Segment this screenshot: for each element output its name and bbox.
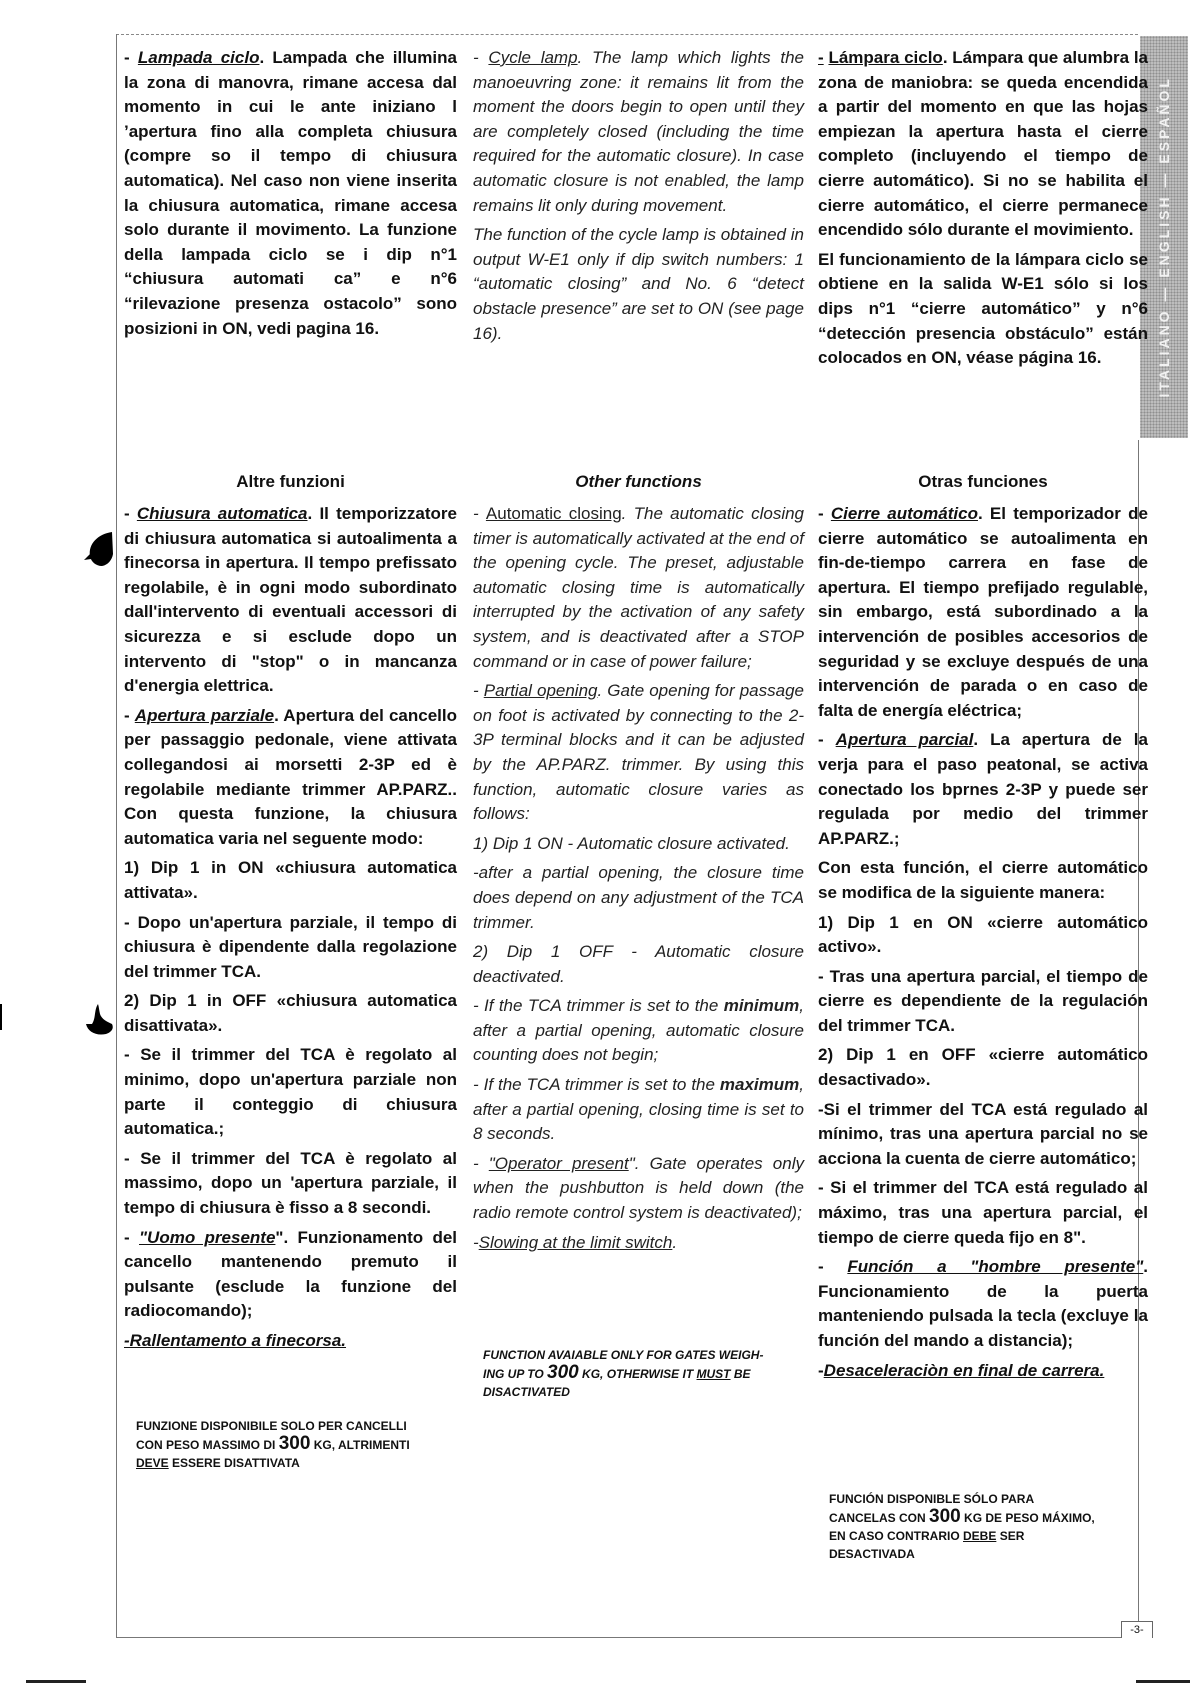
page-number: -3- (1121, 1621, 1153, 1638)
english-section-heading: Other functions (473, 472, 804, 492)
italian-automatic-closing: - Chiusura automatica. Il temporizzatore… (124, 502, 457, 699)
spanish-dip1-off: 2) Dip 1 en OFF «cierre automático desac… (818, 1043, 1148, 1092)
english-dip1-on: 1) Dip 1 ON - Automatic closure activate… (473, 832, 804, 857)
spanish-dip1-on: 1) Dip 1 en ON «cierre automático activo… (818, 911, 1148, 960)
page-frame-bottom (116, 1637, 1138, 1638)
italian-dip1-off: 2) Dip 1 in OFF «chiusura automatica dis… (124, 989, 457, 1038)
italian-slowing: -Rallentamento a finecorsa. (124, 1329, 457, 1354)
spanish-partial-opening: - Apertura parcial. La apertura de la ve… (818, 728, 1148, 851)
italian-weight-note: FUNZIONE DISPONIBILE SOLO PER CANCELLI C… (136, 1417, 456, 1472)
italian-min-setting: - Se il trimmer del TCA è regolato al mi… (124, 1043, 457, 1141)
italian-section-heading: Altre funzioni (124, 472, 457, 492)
italian-dip1-on-detail: - Dopo un'apertura parziale, il tempo di… (124, 911, 457, 985)
language-side-tab-label: ITALIANO — ENGLISH — ESPAÑOL (1156, 76, 1172, 398)
english-min-setting: - If the TCA trimmer is set to the minim… (473, 994, 804, 1068)
scan-edge-mark (0, 1004, 2, 1030)
spanish-other-functions: - Cierre automático. El temporizador de … (818, 502, 1148, 1388)
spanish-mode-text: Con esta función, el cierre automático s… (818, 856, 1148, 905)
spanish-automatic-closing: - Cierre automático. El temporizador de … (818, 502, 1148, 723)
italian-operator-present: - "Uomo presente". Funzionamento del can… (124, 1226, 457, 1324)
italian-cycle-lamp-lead: Lampada ciclo (138, 48, 260, 67)
english-partial-opening: - Partial opening. Gate opening for pass… (473, 679, 804, 827)
english-cycle-lamp-section: - Cycle lamp. The lamp which lights the … (473, 46, 804, 351)
spanish-cycle-lamp-paragraph-2: El funcionamiento de la lámpara ciclo se… (818, 248, 1148, 371)
binder-hole-mark-icon (84, 1004, 114, 1042)
spanish-section-heading: Otras funciones (818, 472, 1148, 492)
spanish-min-setting: -Si el trimmer del TCA está regulado al … (818, 1098, 1148, 1172)
english-automatic-closing: - Automatic closing. The automatic closi… (473, 502, 804, 674)
spanish-cycle-lamp-paragraph: - Lámpara ciclo. Lámpara que alumbra la … (818, 46, 1148, 243)
english-dip1-on-detail: -after a partial opening, the closure ti… (473, 861, 804, 935)
spanish-cycle-lamp-section: - Lámpara ciclo. Lámpara que alumbra la … (818, 46, 1148, 376)
english-cycle-lamp-lead: Cycle lamp (488, 48, 577, 67)
english-slowing: -Slowing at the limit switch. (473, 1231, 804, 1256)
english-other-functions: - Automatic closing. The automatic closi… (473, 502, 804, 1260)
italian-partial-opening: - Apertura parziale. Apertura del cancel… (124, 704, 457, 852)
spanish-dip1-on-detail: - Tras una apertura parcial, el tiempo d… (818, 965, 1148, 1039)
english-cycle-lamp-paragraph-2: The function of the cycle lamp is obtain… (473, 223, 804, 346)
italian-max-setting: - Se il trimmer del TCA è regolato al ma… (124, 1147, 457, 1221)
spanish-weight-note: FUNCIÓN DISPONIBLE SÓLO PARA CANCELAS CO… (829, 1490, 1149, 1563)
spanish-max-setting: - Si el trimmer del TCA está regulado al… (818, 1176, 1148, 1250)
spanish-slowing: -Desaceleraciòn en final de carrera. (818, 1359, 1148, 1384)
spanish-operator-present: - Función a "hombre presente". Funcionam… (818, 1255, 1148, 1353)
spanish-cycle-lamp-lead: Lámpara ciclo (828, 48, 942, 67)
italian-other-functions: - Chiusura automatica. Il temporizzatore… (124, 502, 457, 1359)
english-cycle-lamp-paragraph: - Cycle lamp. The lamp which lights the … (473, 46, 804, 218)
italian-cycle-lamp-paragraph: - Lampada ciclo. Lampada che illumina la… (124, 46, 457, 341)
italian-cycle-lamp-section: - Lampada ciclo. Lampada che illumina la… (124, 46, 457, 346)
english-max-setting: - If the TCA trimmer is set to the maxim… (473, 1073, 804, 1147)
page-frame-top (116, 34, 1138, 35)
english-operator-present: - "Operator present". Gate operates only… (473, 1152, 804, 1226)
english-dip1-off: 2) Dip 1 OFF - Automatic closure deactiv… (473, 940, 804, 989)
english-weight-note: FUNCTION AVAIABLE ONLY FOR GATES WEIGH- … (483, 1346, 803, 1401)
binder-hole-mark-icon (84, 530, 114, 568)
italian-dip1-on: 1) Dip 1 in ON «chiusura automatica atti… (124, 856, 457, 905)
page-frame-left (116, 34, 117, 1638)
